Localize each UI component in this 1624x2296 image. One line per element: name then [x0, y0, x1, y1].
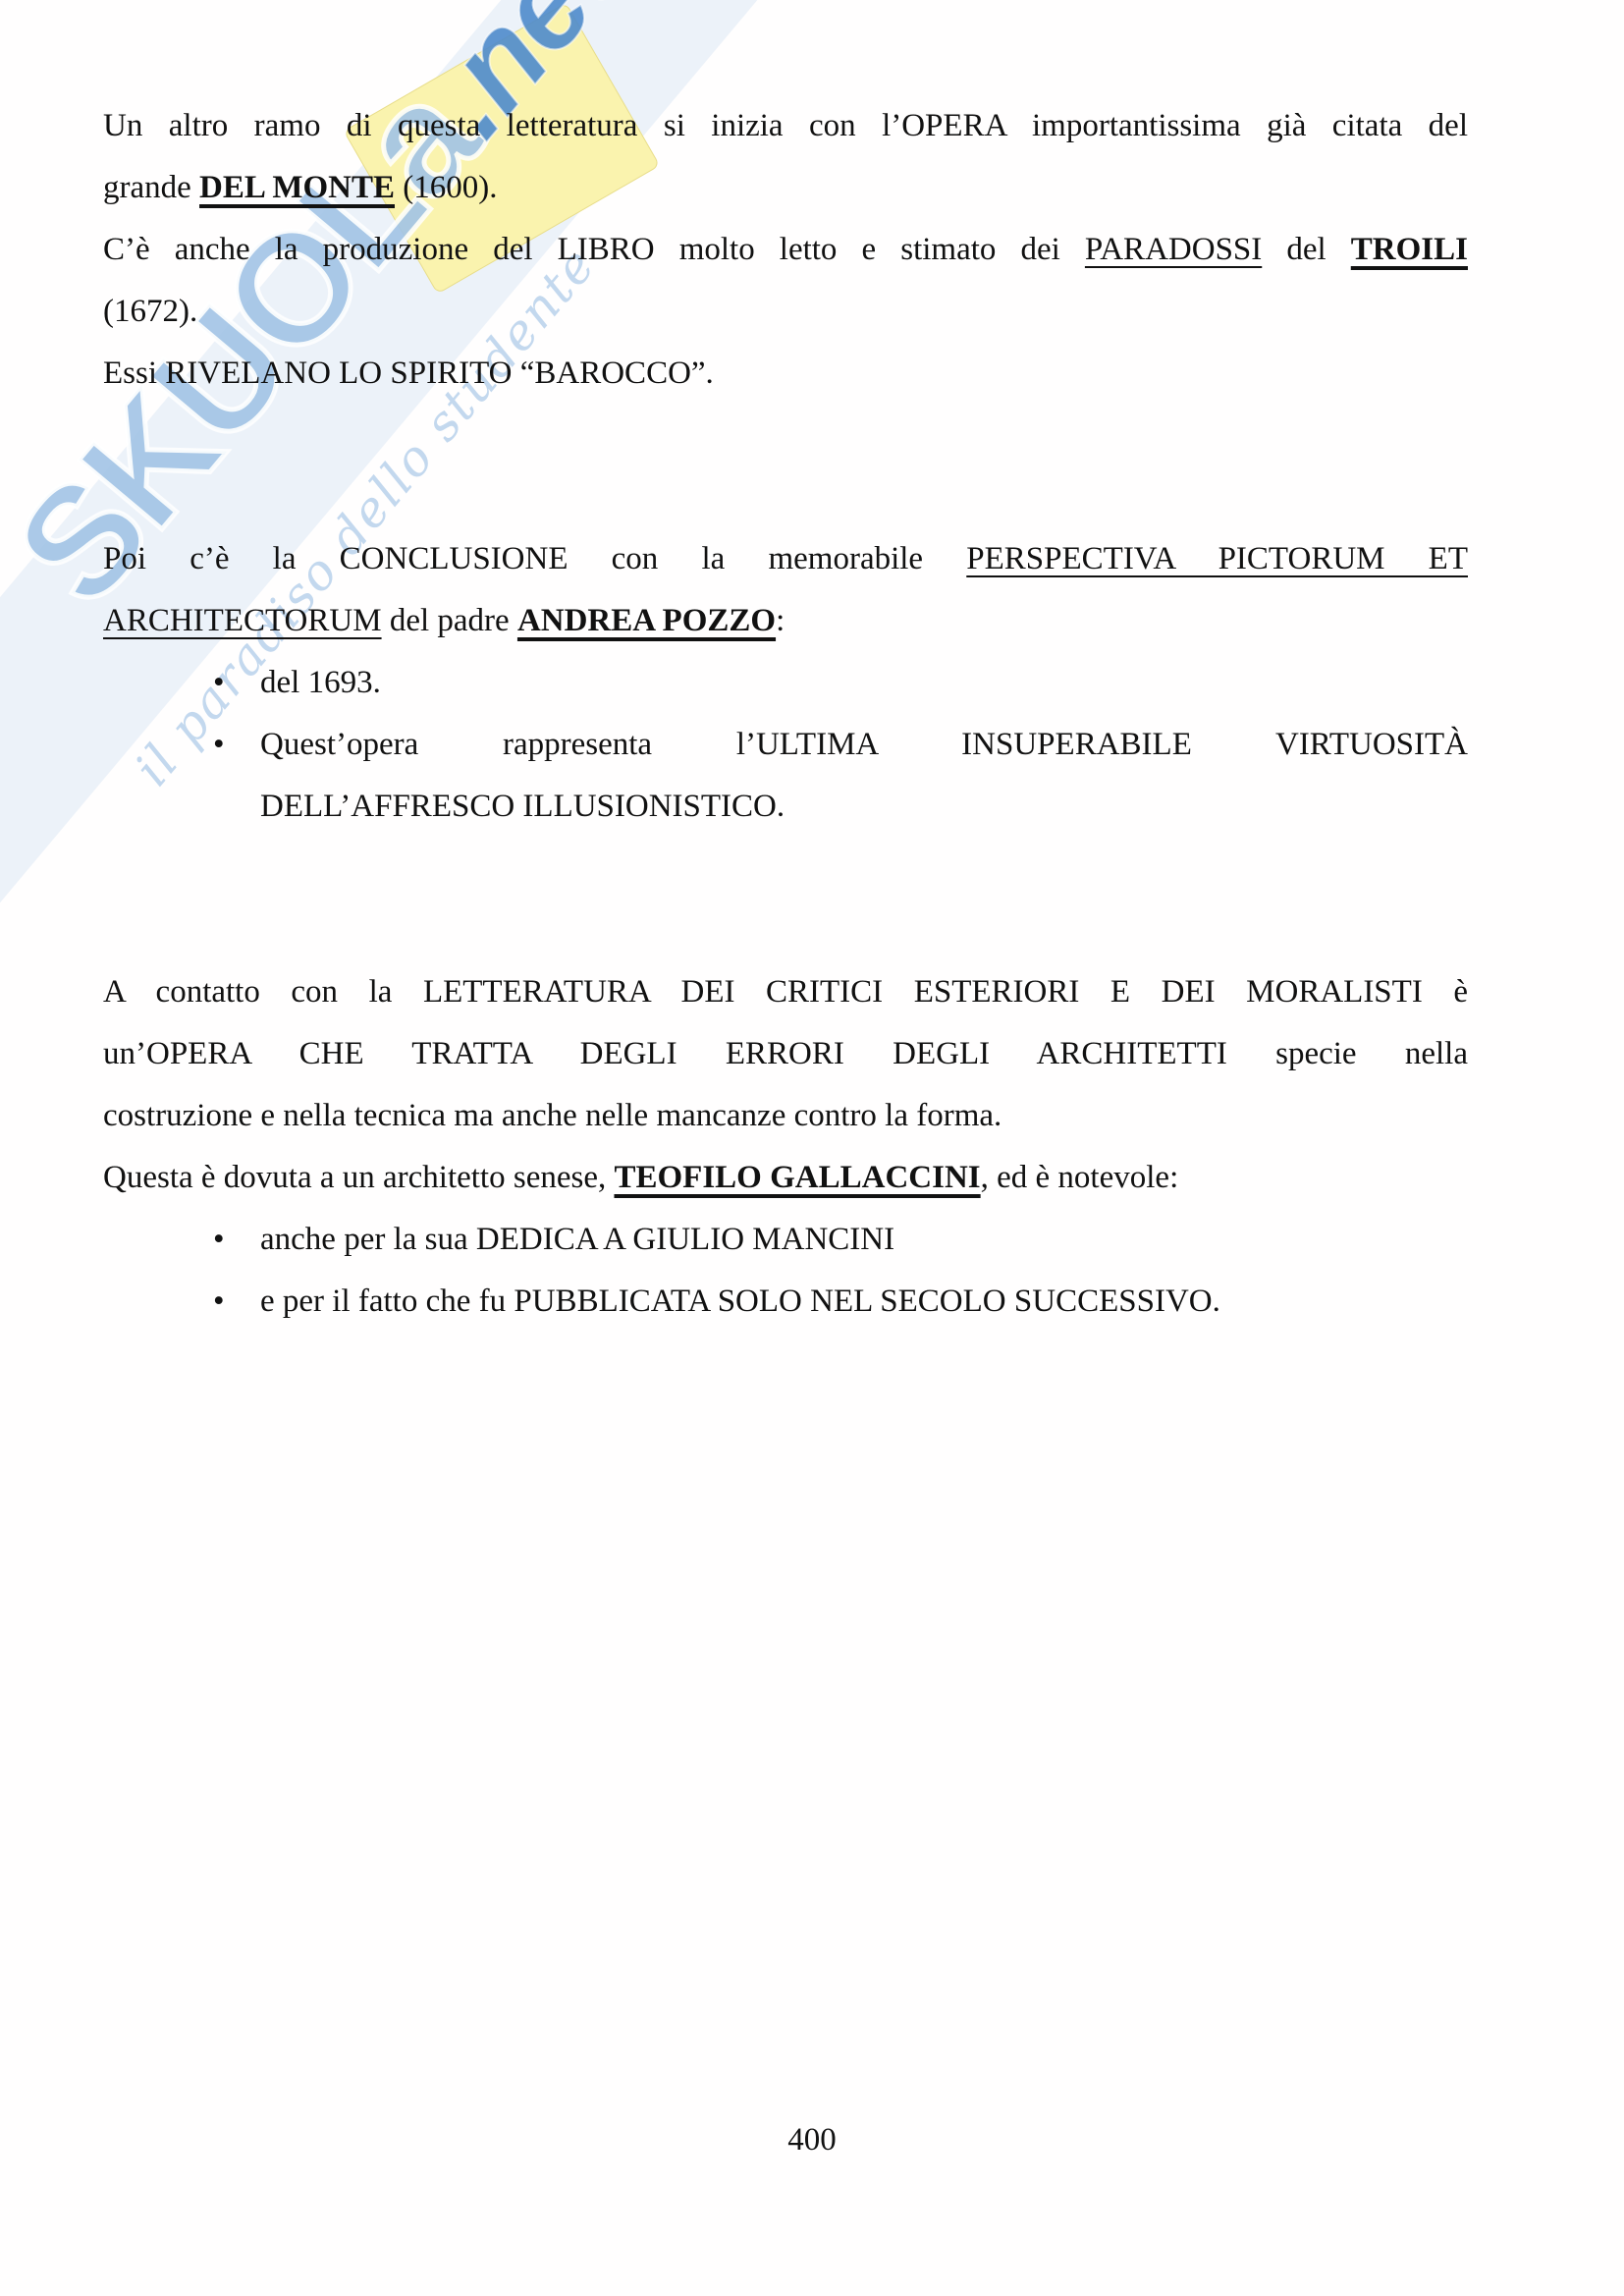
text-segment: A contatto con la LETTERATURA DEI CRITIC… [103, 974, 1468, 1010]
text-line: ARCHITECTORUM del padre ANDREA POZZO: [103, 590, 1468, 652]
text-segment: un’OPERA CHE TRATTA DEGLI ERRORI DEGLI A… [103, 1036, 1468, 1071]
text-segment: TEOFILO GALLACCINI [614, 1160, 980, 1195]
text-segment: ANDREA POZZO [517, 603, 776, 638]
text-segment: del padre [382, 603, 517, 638]
text-segment: grande [103, 170, 199, 205]
text-line: (1672). [103, 281, 1468, 343]
text-segment: , ed è notevole: [981, 1160, 1179, 1195]
text-segment: ARCHITECTORUM [103, 603, 382, 638]
bullet-item: •e per il fatto che fu PUBBLICATA SOLO N… [103, 1271, 1468, 1333]
text-segment: PARADOSSI [1085, 232, 1262, 267]
text-segment: PERSPECTIVA PICTORUM ET [966, 541, 1468, 576]
text-line: un’OPERA CHE TRATTA DEGLI ERRORI DEGLI A… [103, 1023, 1468, 1085]
text-segment: Questa è dovuta a un architetto senese, [103, 1160, 614, 1195]
text-segment: (1672). [103, 294, 197, 329]
line-gap [103, 838, 1468, 900]
bullet-dot: • [213, 1271, 225, 1333]
text-line: Poi c’è la CONCLUSIONE con la memorabile… [103, 528, 1468, 590]
text-segment: TROILI [1351, 232, 1468, 267]
page-number: 400 [0, 2109, 1624, 2171]
document-page: SKUOLa.net il paradiso dello studente Un… [0, 0, 1624, 2296]
bullet-dot: • [213, 652, 225, 714]
text-segment: Essi RIVELANO LO SPIRITO “BAROCCO”. [103, 355, 714, 391]
text-segment: : [776, 603, 785, 638]
text-segment: anche per la sua DEDICA A GIULIO MANCINI [260, 1222, 894, 1257]
bullet-item: •del 1693. [103, 652, 1468, 714]
text-line: costruzione e nella tecnica ma anche nel… [103, 1085, 1468, 1147]
text-segment: (1600). [395, 170, 497, 205]
bullet-dot: • [213, 714, 225, 776]
text-segment: Un altro ramo di questa letteratura si i… [103, 108, 1468, 143]
bullet-dot: • [213, 1209, 225, 1271]
line-gap [103, 405, 1468, 466]
text-line: Questa è dovuta a un architetto senese, … [103, 1147, 1468, 1209]
bullet-item: •anche per la sua DEDICA A GIULIO MANCIN… [103, 1209, 1468, 1271]
line-gap [103, 900, 1468, 961]
text-line: A contatto con la LETTERATURA DEI CRITIC… [103, 961, 1468, 1023]
bullet-item: •Quest’opera rappresenta l’ULTIMA INSUPE… [103, 714, 1468, 776]
text-segment: del [1262, 232, 1351, 267]
text-segment: C’è anche la produzione del LIBRO molto … [103, 232, 1085, 267]
text-line: Essi RIVELANO LO SPIRITO “BAROCCO”. [103, 343, 1468, 405]
text-segment: costruzione e nella tecnica ma anche nel… [103, 1098, 1001, 1133]
text-block: Un altro ramo di questa letteratura si i… [103, 95, 1468, 1333]
line-gap [103, 466, 1468, 528]
text-segment: e per il fatto che fu PUBBLICATA SOLO NE… [260, 1284, 1220, 1319]
text-line: DELL’AFFRESCO ILLUSIONISTICO. [103, 776, 1468, 838]
text-line: Un altro ramo di questa letteratura si i… [103, 95, 1468, 157]
text-segment: DELL’AFFRESCO ILLUSIONISTICO. [260, 789, 785, 824]
text-segment: Quest’opera rappresenta l’ULTIMA INSUPER… [260, 727, 1468, 762]
text-segment: Poi c’è la CONCLUSIONE con la memorabile [103, 541, 966, 576]
text-line: C’è anche la produzione del LIBRO molto … [103, 219, 1468, 281]
text-line: grande DEL MONTE (1600). [103, 157, 1468, 219]
text-segment: del 1693. [260, 665, 381, 700]
text-segment: DEL MONTE [199, 170, 395, 205]
